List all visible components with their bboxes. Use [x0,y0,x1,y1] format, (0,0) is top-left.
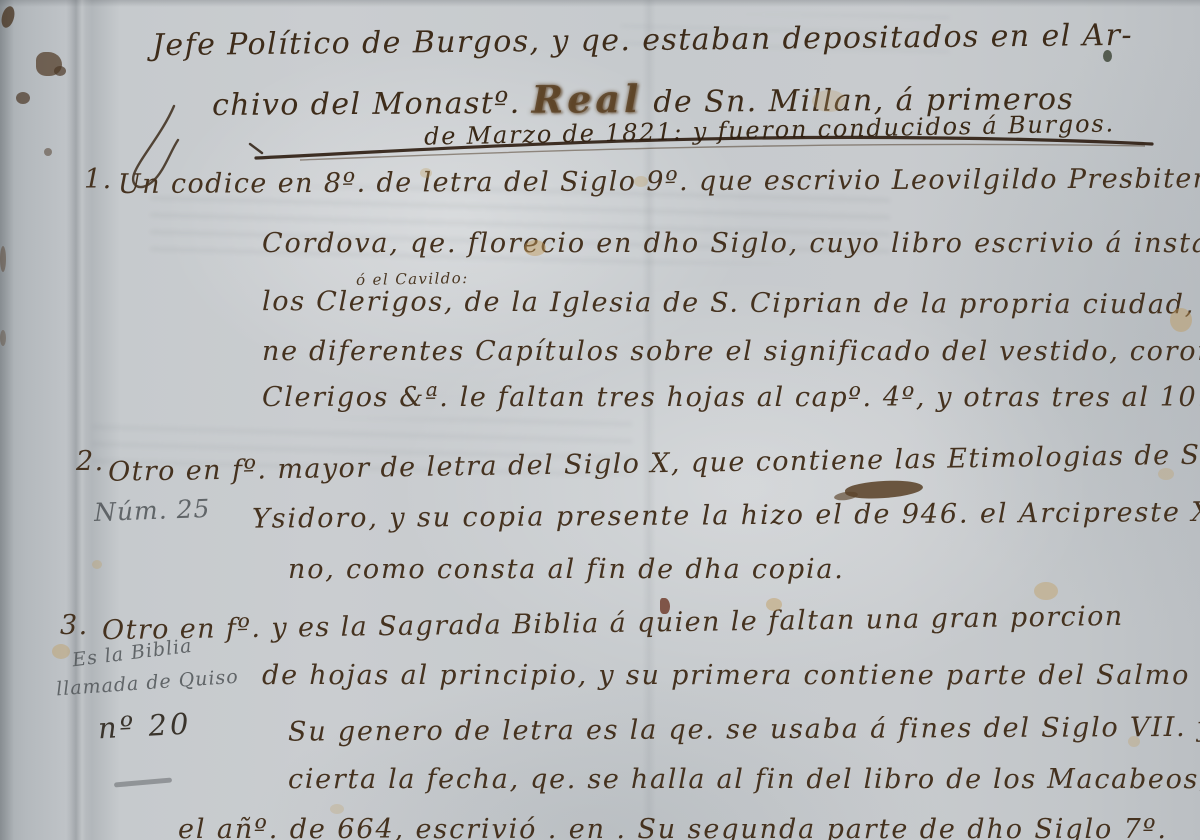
foxing-stain [524,240,546,256]
header-line-2: chivo del Monastº. Real de Sn. Millan, á… [212,77,1074,121]
red-ink-mark [660,598,670,614]
foxing-stain [1170,308,1192,332]
edge-speck [44,148,52,156]
header-underline-stroke [240,126,1170,172]
entry-1-number: 1. [84,166,113,193]
entry-2-line-2: Ysidoro, y su copia presente la hizo el … [252,498,1200,532]
pencil-dash [114,777,172,787]
foxing-stain [766,598,782,611]
entry-2-number: 2. [76,448,105,475]
center-vertical-crease [642,0,656,840]
verso-showthrough [150,186,890,264]
entry-1-line-1: Un codice en 8º. de letra del Siglo 9º. … [118,165,1200,198]
edge-speck [54,66,66,76]
entry-3-line-5-cutoff: el añº. de 664, escrivió . en . Su segun… [178,816,1168,840]
left-edge-shadow [0,0,14,840]
entry-1-line-3: los Clerigos, de la Iglesia de S. Cipria… [262,288,1200,319]
edge-speck [0,5,17,29]
entry-3-line-2: de hojas al principio, y su primera cont… [262,662,1200,689]
header-line-3: de Marzo de 1821: y fueron conducidos á … [424,111,1115,148]
entry-3-line-4: cierta la fecha, qe. se halla al fin del… [288,766,1200,793]
foxing-stain [1128,736,1140,747]
entry-1-line-2: Cordova, qe. florecio en dho Siglo, cuyo… [262,230,1200,257]
manuscript-scan: Jefe Político de Burgos, y qe. estaban d… [0,0,1200,840]
foxing-stain [330,804,344,814]
header-line-1: Jefe Político de Burgos, y qe. estaban d… [152,21,1133,61]
foxing-stain [634,176,648,187]
edge-speck [0,330,6,346]
header-heavy-word: Real [531,76,642,122]
foxing-stain [92,560,102,569]
entry-3-margin-note-line-1: Es la Biblia [71,637,193,671]
entry-2-line-3: no, como consta al fin de dha copia. [288,556,845,583]
entry-1-line-4: ne diferentes Capítulos sobre el signifi… [262,338,1200,365]
header-line-2-post: de Sn. Millan, á primeros [653,82,1074,120]
foxing-stain [1034,582,1058,600]
foxing-stain [1158,468,1174,480]
foxing-stain [420,168,432,178]
edge-speck [16,92,30,104]
entry-3-number: 3. [60,612,89,639]
ink-speck [1103,50,1112,62]
ink-blot-tail [834,490,859,501]
left-fold-crease [66,0,92,840]
entry-3-margin-number: nº 20 [97,710,192,744]
entry-2-margin-number: Núm. 25 [94,496,211,525]
verso-showthrough [92,418,632,476]
foxing-stain [52,644,70,659]
pen-flourish [112,100,202,200]
edge-speck [36,52,62,76]
verso-showthrough [620,14,950,58]
entry-3-line-1: Otro en fº. y es la Sagrada Biblia á qui… [102,603,1124,644]
foxing-stain [812,90,846,112]
ink-blot [845,478,924,500]
entry-2-line-1: Otro en fº. mayor de letra del Siglo X, … [108,441,1200,486]
entry-3-margin-note-line-2: llamada de Quiso [56,668,240,700]
header-line-2-pre: chivo del Monastº. [212,86,521,123]
entry-1-line-5: Clerigos &ª. le faltan tres hojas al cap… [262,384,1200,411]
entry-1-interlinear-note: ó el Cavildo: [356,271,469,288]
edge-speck [0,246,6,272]
entry-3-line-3: Su genero de letra es la qe. se usaba á … [288,713,1200,745]
